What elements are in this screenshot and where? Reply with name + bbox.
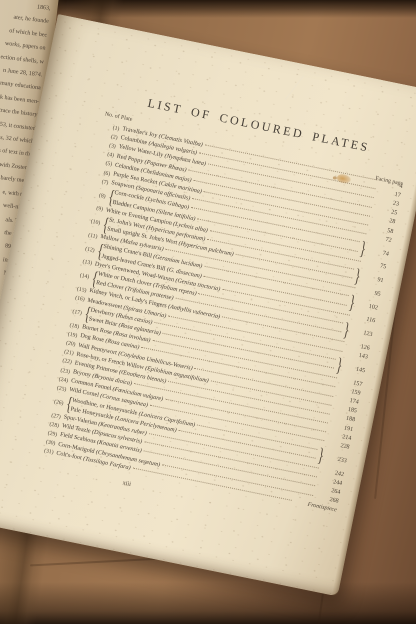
plate-number: (31) — [36, 447, 57, 457]
facing-page-ref: 145 — [341, 364, 366, 375]
facing-page-ref: 74 — [365, 247, 390, 258]
plate-number: (26) — [46, 397, 67, 407]
plate-number-header: No. of Plate — [104, 111, 132, 122]
plate-number: (8) — [88, 190, 109, 200]
facing-page-ref: 123 — [348, 328, 373, 339]
plate-number: (17) — [64, 307, 85, 317]
facing-page-ref: 102 — [354, 301, 379, 312]
plate-number: (10) — [83, 217, 104, 227]
plate-number: (14) — [72, 271, 93, 281]
book-photo: 1863,ater, he foundeof which he becworks… — [0, 0, 416, 624]
right-page: LIST OF COLOURED PLATES No. of Plate Fac… — [0, 14, 416, 596]
plate-number: (12) — [77, 244, 98, 254]
facing-page-ref: 233 — [322, 454, 347, 465]
facing-page-ref: 91 — [359, 274, 384, 285]
page-content: LIST OF COLOURED PLATES No. of Plate Fac… — [0, 14, 416, 533]
